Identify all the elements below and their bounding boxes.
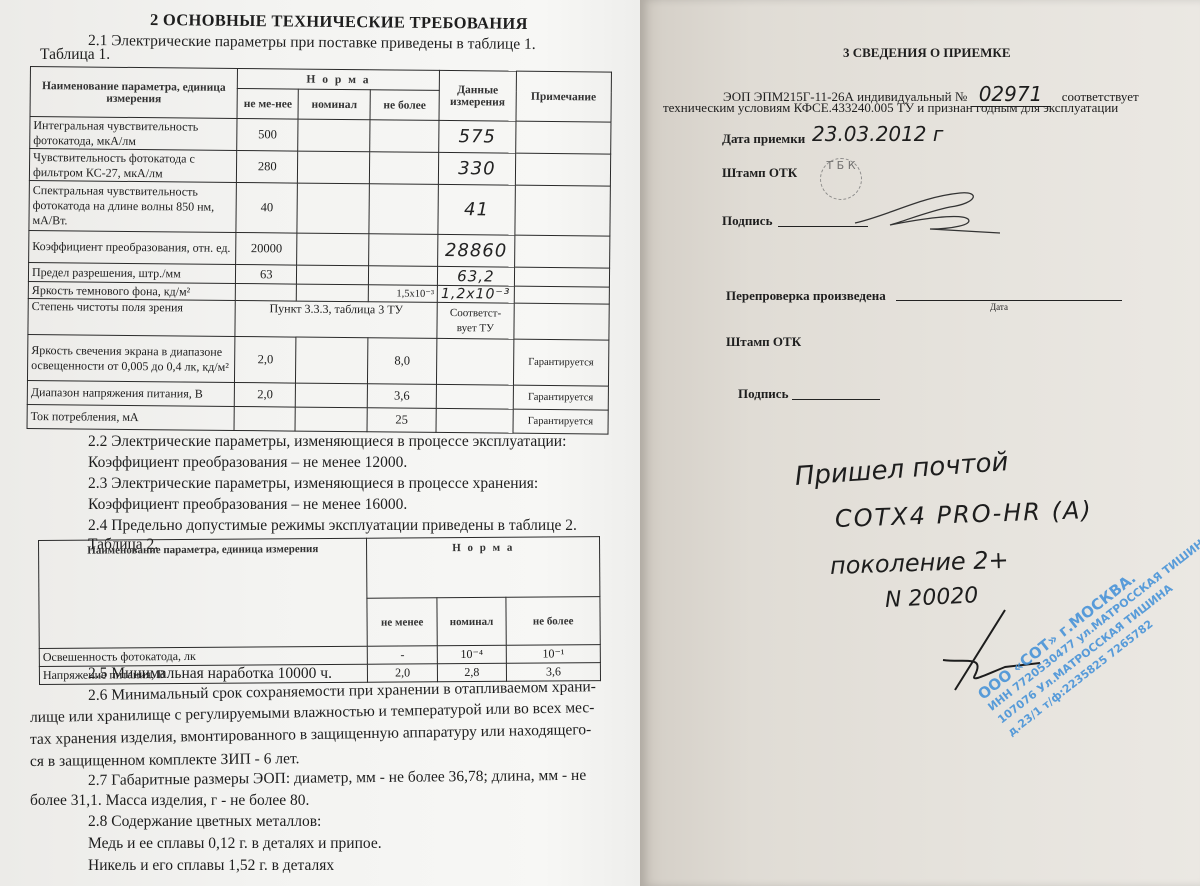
cell-note — [514, 235, 610, 268]
t2-header-nominal: номинал — [437, 597, 507, 645]
cell-name: Спектральная чувствительность фотокатода… — [29, 180, 237, 232]
cell-min — [235, 283, 297, 301]
paragraph-2-4: 2.4 Предельно допустимые режимы эксплуат… — [88, 515, 577, 537]
recheck-label: Перепроверка произведена — [726, 288, 886, 304]
section-title-3: 3 СВЕДЕНИЯ О ПРИЕМКЕ — [843, 45, 1011, 61]
cell-measured: 330 — [439, 152, 516, 185]
table-row: Яркость свечения экрана в диапазоне осве… — [27, 334, 608, 386]
paragraph-2-2: 2.2 Электрические параметры, изменяющиес… — [88, 431, 566, 453]
cell-name: Предел разрешения, штр./мм — [28, 262, 235, 283]
paragraph-2-2b: Коэффициент преобразования – не менее 12… — [88, 452, 407, 474]
t1-header-measured: Данные измерения — [439, 70, 516, 121]
cell-name: Яркость темнового фона, кд/м² — [28, 281, 235, 300]
cell-nominal — [296, 337, 368, 384]
t2-header-name: Наименование параметра, единица измерени… — [39, 538, 368, 648]
t1-header-name: Наименование параметра, единица измерени… — [30, 67, 238, 119]
cell-norm-merged: Пункт 3.3.3, таблица 3 ТУ — [235, 300, 437, 338]
cell-nominal: 10⁻⁴ — [437, 645, 506, 663]
signature-line-2 — [792, 399, 880, 400]
cell-note: Гарантируется — [513, 385, 609, 410]
t2-header-norm: Н о р м а — [367, 537, 600, 599]
otk-stamp-label: Штамп ОТК — [722, 165, 797, 181]
recheck-date-line — [896, 300, 1122, 301]
cell-measured — [436, 384, 513, 409]
t1-header-max: не более — [370, 90, 440, 121]
cell-note — [515, 121, 611, 154]
cell-name: Степень чистоты поля зрения — [28, 298, 235, 336]
acceptance-date-value: 23.03.2012 г — [812, 122, 943, 146]
cell-note — [514, 185, 610, 236]
cell-max: 25 — [367, 408, 437, 433]
cell-min: - — [368, 646, 437, 664]
cell-name: Яркость свечения экрана в диапазоне осве… — [27, 334, 234, 382]
cell-max: 1,5x10⁻³ — [368, 285, 437, 303]
t1-header-nominal: номинал — [298, 89, 370, 120]
cell-measured — [437, 338, 514, 385]
t2-header-max: не более — [506, 597, 600, 646]
cell-min: 40 — [236, 182, 298, 233]
cell-nominal — [296, 383, 368, 408]
t1-header-norm: Н о р м а — [237, 68, 439, 90]
cell-nominal — [297, 233, 369, 266]
table-row: Степень чистоты поля зрения Пункт 3.3.3,… — [28, 298, 609, 340]
cell-nominal — [295, 407, 367, 432]
cell-max: 8,0 — [367, 338, 437, 385]
cell-nominal — [297, 284, 369, 302]
cell-note — [514, 286, 610, 304]
cell-name: Интегральная чувствительность фотокатода… — [30, 117, 237, 151]
recheck-date-caption: Дата — [990, 302, 1008, 312]
paragraph-2-1: 2.1 Электрические параметры при поставке… — [88, 30, 536, 56]
cell-max — [368, 266, 437, 286]
paragraph-2-8: 2.8 Содержание цветных металлов: — [88, 811, 321, 833]
cell-min: 20000 — [236, 232, 298, 265]
acceptance-date-label: Дата приемки — [722, 131, 805, 147]
cell-measured: 1,2x10⁻³ — [437, 285, 514, 303]
cell-min: 280 — [236, 150, 298, 183]
cell-nominal — [297, 183, 369, 234]
cell-measured: Соответст-вует ТУ — [437, 302, 514, 339]
cell-note: Гарантируется — [513, 339, 609, 386]
table1-caption: Таблица 1. — [40, 44, 110, 66]
cell-measured: 28860 — [438, 234, 515, 267]
cell-name: Ток потребления, мА — [27, 404, 234, 430]
signature-label-2: Подпись — [738, 386, 788, 402]
paragraph-2-3: 2.3 Электрические параметры, изменяющиес… — [88, 473, 538, 495]
table-row: Ток потребления, мА 25 Гарантируется — [27, 404, 608, 434]
cell-name: Коэффициент преобразования, отн. ед. — [29, 230, 236, 264]
cell-measured: 41 — [438, 184, 515, 235]
cell-nominal — [297, 265, 369, 285]
signature-scribble-icon — [850, 185, 1010, 235]
table-row: Спектральная чувствительность фотокатода… — [29, 180, 610, 236]
cell-nominal — [298, 151, 370, 184]
t1-header-note: Примечание — [516, 71, 612, 122]
cell-max: 10⁻¹ — [506, 645, 600, 664]
cell-min: 2,0 — [235, 336, 297, 383]
cell-min: 63 — [235, 264, 297, 284]
paragraph-2-8a: Медь и ее сплавы 0,12 г. в деталях и при… — [88, 833, 382, 855]
signature-label: Подпись — [722, 213, 772, 229]
cell-measured — [436, 408, 513, 433]
paragraph-2-7-line-2: более 31,1. Масса изделия, г - не более … — [30, 790, 309, 812]
cell-max — [369, 152, 439, 185]
cell-min: 500 — [237, 118, 299, 151]
cell-measured: 63,2 — [438, 266, 515, 286]
cell-max — [369, 184, 439, 235]
cell-max — [368, 234, 438, 267]
cell-max — [370, 120, 440, 153]
otk-stamp-label-2: Штамп ОТК — [726, 334, 801, 350]
cell-name: Чувствительность фотокатода с фильтром К… — [29, 149, 236, 183]
table-1: Наименование параметра, единица измерени… — [27, 66, 612, 435]
paragraph-2-8b: Никель и его сплавы 1,52 г. в деталях — [88, 855, 334, 877]
cell-min — [234, 406, 296, 431]
cell-measured: 575 — [439, 120, 516, 153]
acceptance-line-2: техническим условиям КФСЕ.433240.005 ТУ … — [663, 100, 1118, 116]
cell-note — [515, 153, 611, 186]
cell-note — [513, 303, 609, 340]
paragraph-2-3b: Коэффициент преобразования – не менее 16… — [88, 494, 407, 516]
cell-note — [514, 267, 610, 287]
cell-max: 3,6 — [367, 384, 437, 409]
t2-header-min: не менее — [367, 598, 437, 646]
cell-nominal — [298, 119, 370, 152]
t1-header-min: не ме-нее — [237, 88, 299, 119]
cell-name: Диапазон напряжения питания, В — [27, 380, 234, 406]
cell-min: 2,0 — [234, 382, 296, 407]
